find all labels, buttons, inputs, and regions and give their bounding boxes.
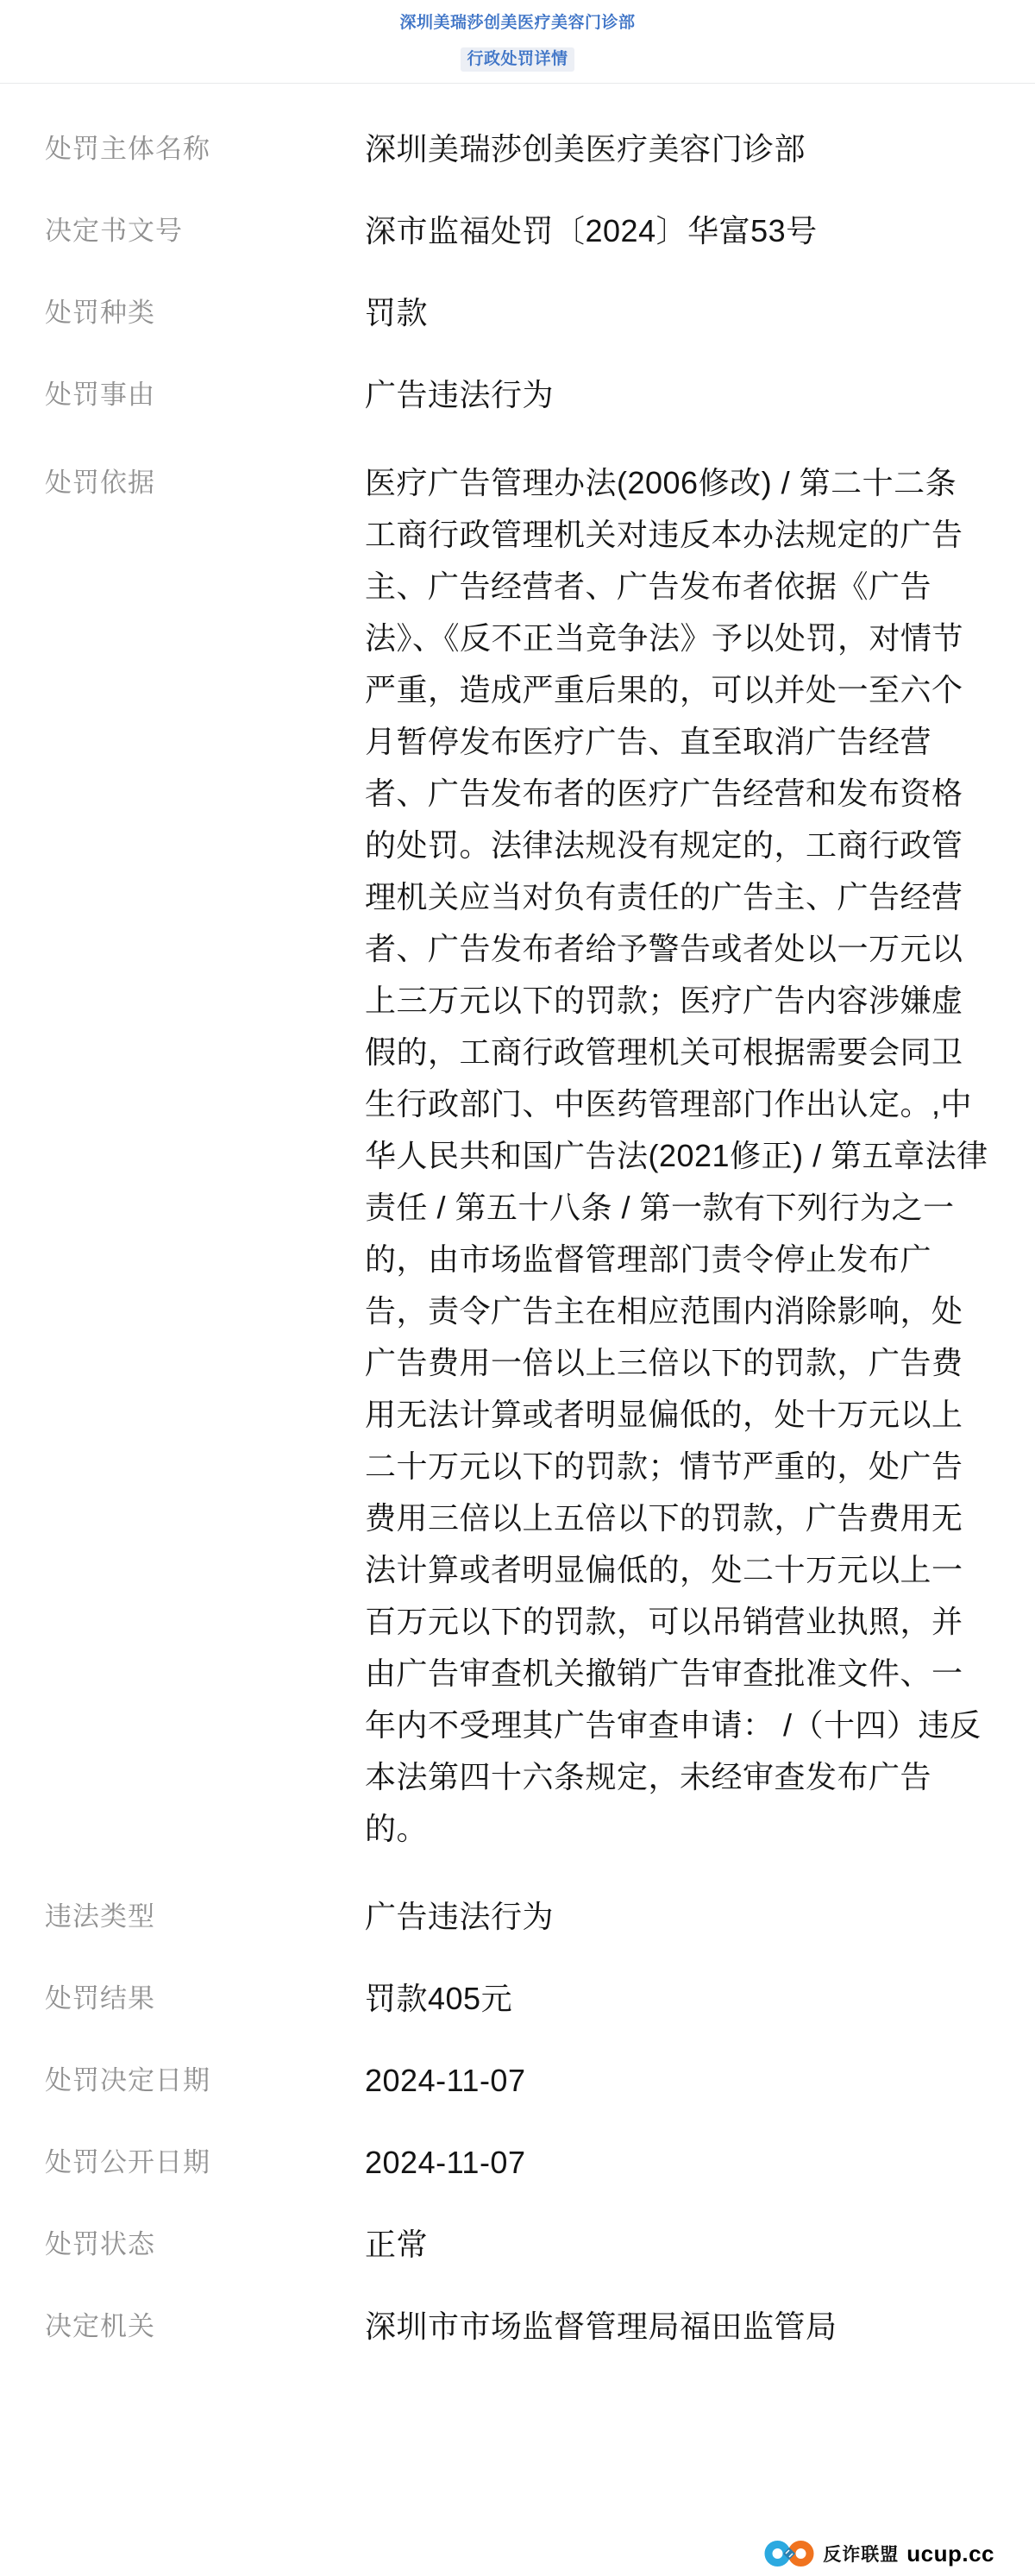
company-title: 深圳美瑞莎创美医疗美容门诊部 [0, 11, 1035, 35]
page-title: 行政处罚详情 [461, 47, 574, 72]
watermark-site-label: ucup.cc [906, 2541, 994, 2567]
infinity-handshake-logo-icon [763, 2540, 815, 2567]
row-penalty-subject: 处罚主体名称 深圳美瑞莎创美医疗美容门诊部 [45, 129, 990, 169]
row-decision-authority: 决定机关 深圳市市场监督管理局福田监管局 [45, 2307, 990, 2347]
field-label: 处罚结果 [45, 1979, 365, 2019]
row-decision-date: 处罚决定日期 2024-11-07 [45, 2061, 990, 2101]
row-penalty-basis: 处罚依据 医疗广告管理办法(2006修改) / 第二十二条 工商行政管理机关对违… [45, 457, 990, 1855]
field-label: 处罚种类 [45, 293, 365, 333]
field-value: 广告违法行为 [365, 1897, 991, 1937]
page-subtitle-row: 行政处罚详情 [0, 47, 1035, 72]
row-penalty-result: 处罚结果 罚款405元 [45, 1979, 990, 2019]
row-publish-date: 处罚公开日期 2024-11-07 [45, 2143, 990, 2183]
field-label: 决定机关 [45, 2307, 365, 2347]
field-value: 2024-11-07 [365, 2143, 991, 2183]
field-label: 决定书文号 [45, 211, 365, 251]
watermark-alliance-label: 反诈联盟 [823, 2541, 899, 2567]
field-label: 违法类型 [45, 1897, 365, 1937]
field-value: 深市监福处罚〔2024〕华富53号 [365, 211, 991, 251]
watermark: 反诈联盟 ucup.cc [763, 2540, 994, 2567]
field-value: 医疗广告管理办法(2006修改) / 第二十二条 工商行政管理机关对违反本办法规… [365, 457, 991, 1855]
row-penalty-type: 处罚种类 罚款 [45, 293, 990, 333]
row-violation-type: 违法类型 广告违法行为 [45, 1897, 990, 1937]
field-label: 处罚主体名称 [45, 129, 365, 169]
field-label: 处罚状态 [45, 2225, 365, 2265]
field-value: 罚款405元 [365, 1979, 991, 2019]
field-value: 广告违法行为 [365, 375, 991, 415]
penalty-detail-page: 深圳美瑞莎创美医疗美容门诊部 行政处罚详情 处罚主体名称 深圳美瑞莎创美医疗美容… [0, 0, 1035, 2576]
field-label: 处罚事由 [45, 375, 365, 415]
page-header: 深圳美瑞莎创美医疗美容门诊部 行政处罚详情 [0, 0, 1035, 84]
field-value: 深圳市市场监督管理局福田监管局 [365, 2307, 991, 2347]
field-label: 处罚依据 [45, 457, 365, 509]
row-penalty-reason: 处罚事由 广告违法行为 [45, 375, 990, 415]
field-label: 处罚公开日期 [45, 2143, 365, 2183]
field-value: 正常 [365, 2225, 991, 2265]
field-value: 罚款 [365, 293, 991, 333]
penalty-detail-list: 处罚主体名称 深圳美瑞莎创美医疗美容门诊部 决定书文号 深市监福处罚〔2024〕… [0, 84, 1035, 2347]
field-value: 2024-11-07 [365, 2061, 991, 2101]
row-decision-doc-number: 决定书文号 深市监福处罚〔2024〕华富53号 [45, 211, 990, 251]
row-penalty-status: 处罚状态 正常 [45, 2225, 990, 2265]
field-label: 处罚决定日期 [45, 2061, 365, 2101]
field-value: 深圳美瑞莎创美医疗美容门诊部 [365, 129, 991, 169]
